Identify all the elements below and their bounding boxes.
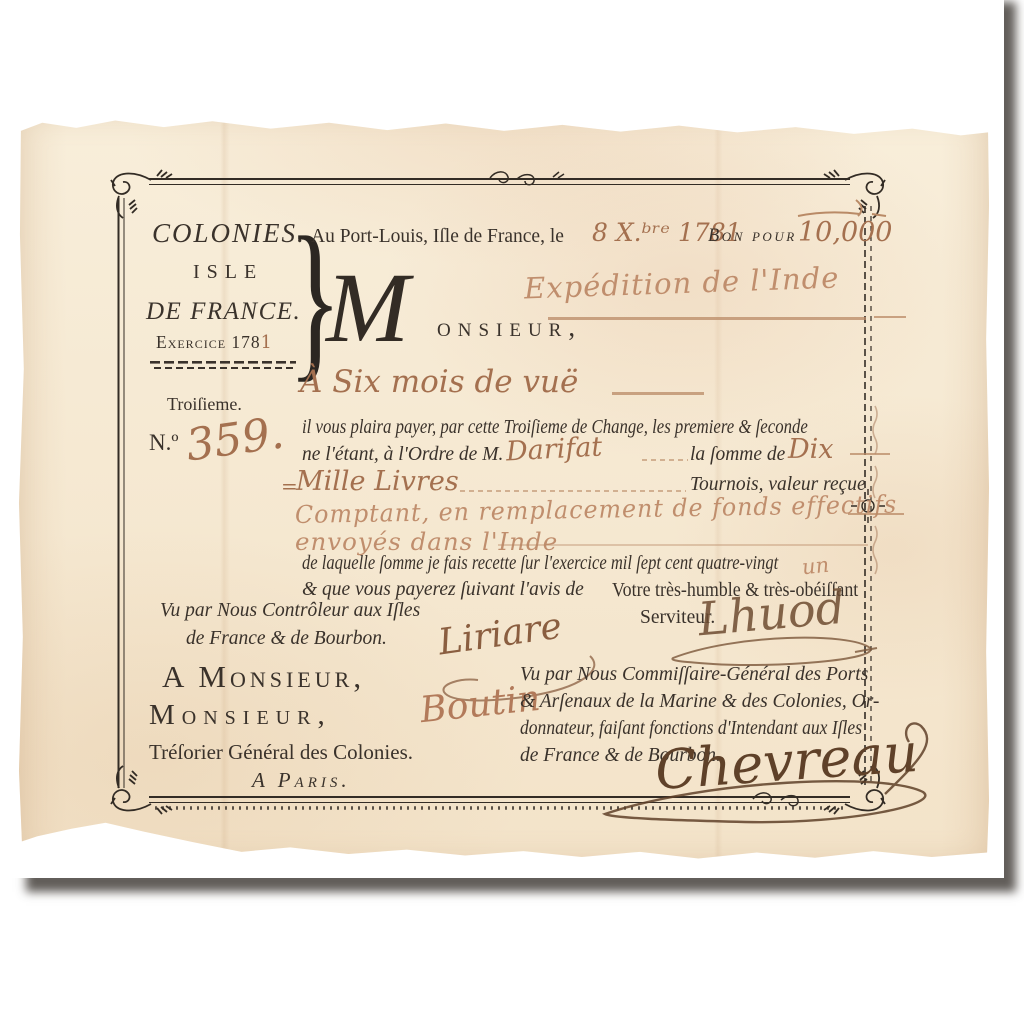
- somme-label: la ſomme de: [690, 444, 785, 466]
- vu-right-line1: Vu par Nous Commiſſaire-Général des Port…: [520, 664, 868, 686]
- address-line2: Monsieur,: [149, 699, 332, 732]
- payee-fill-dots: [642, 459, 688, 461]
- body-line6: de laquelle ſomme je fais recette ſur l'…: [302, 553, 778, 575]
- amount-words-2-handwritten: Mille Livres: [296, 466, 459, 497]
- aged-paper: COLONIES. ISLE DE FRANCE. Exercice 1781 …: [18, 116, 990, 860]
- masthead-dashed-rule: [150, 361, 296, 370]
- term-ink-dash: [612, 392, 704, 395]
- number-label: N.º: [149, 430, 179, 456]
- exercice-printed-part: Exercice 178: [156, 332, 261, 352]
- address-line1: A Monsieur,: [162, 659, 365, 695]
- masthead-colonies: COLONIES.: [152, 218, 306, 249]
- amount-fill-dots: [460, 490, 686, 492]
- masthead-de-france: DE FRANCE.: [146, 298, 301, 326]
- dateline-place: Au Port-Louis, Iſle de France, le: [311, 226, 564, 248]
- value-line2-handwritten: envoyés dans l'Inde: [295, 527, 558, 556]
- amount-words-1-handwritten: Dix: [788, 434, 834, 465]
- masthead-isle: ISLE: [193, 261, 263, 284]
- amount-ink-dash: [850, 453, 890, 455]
- salutation-initial: M: [326, 250, 409, 365]
- vu-right-line2: & Arſenaux de la Marine & des Colonies, …: [520, 691, 879, 713]
- vu-left-line1: Vu par Nous Contrôleur aux Iſles: [160, 600, 420, 622]
- masthead-exercice: Exercice 1781: [156, 332, 273, 353]
- year-handwritten: un: [801, 553, 830, 580]
- address-line3: Tréſorier Général des Colonies.: [149, 740, 413, 765]
- intendant-signature-flourish: [585, 766, 955, 846]
- body-line2-start: ne l'étant, à l'Ordre de M.: [302, 444, 503, 466]
- vu-left-line2: de France & de Bourbon.: [186, 628, 387, 650]
- corner-scroll-icon: [111, 170, 172, 218]
- value-ink-dash: [848, 513, 904, 515]
- salutation-rest: onsieur,: [437, 312, 582, 343]
- expedition-ink-dash: [874, 316, 906, 318]
- ink-flourish-top-right: [760, 194, 890, 244]
- exercice-hand-digit: 1: [261, 333, 273, 353]
- scanned-bill-of-exchange: COLONIES. ISLE DE FRANCE. Exercice 1781 …: [0, 0, 1024, 1024]
- payee-handwritten: Darifat: [505, 432, 603, 468]
- body-line7: & que vous payerez ſuivant l'avis de: [302, 579, 584, 601]
- expedition-ink-rule: [548, 317, 866, 320]
- address-line4: A Paris.: [252, 768, 351, 793]
- copy-label: Troiſieme.: [167, 394, 242, 415]
- term-handwritten: À Six mois de vuë: [300, 364, 578, 400]
- value-fill-line: [498, 544, 868, 546]
